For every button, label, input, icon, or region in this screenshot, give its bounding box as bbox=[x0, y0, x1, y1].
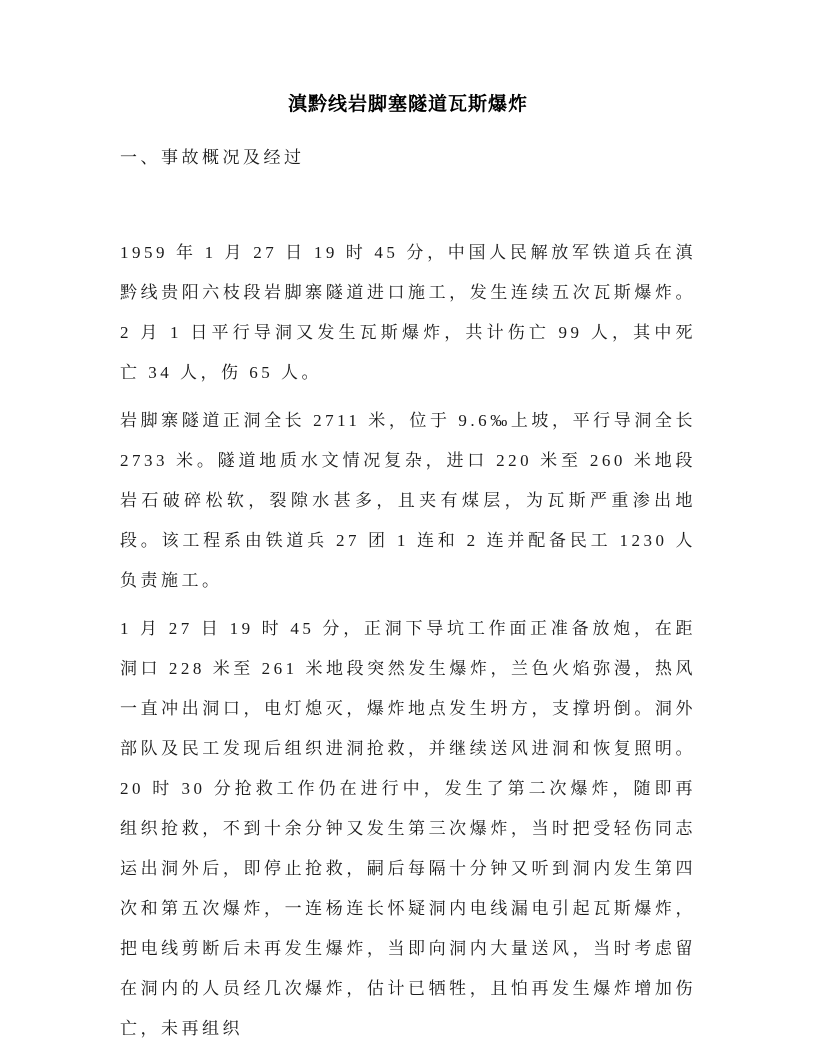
section-heading: 一、事故概况及经过 bbox=[120, 141, 696, 174]
document-title: 滇黔线岩脚塞隧道瓦斯爆炸 bbox=[120, 88, 696, 121]
document-page: 滇黔线岩脚塞隧道瓦斯爆炸 一、事故概况及经过 1959 年 1 月 27 日 1… bbox=[0, 0, 816, 1056]
paragraph-tunnel-details: 岩脚寨隧道正洞全长 2711 米，位于 9.6‰上坡，平行导洞全长 2733 米… bbox=[120, 401, 696, 601]
paragraph-explosion-account: 1 月 27 日 19 时 45 分，正洞下导坑工作面正准备放炮，在距洞口 22… bbox=[120, 609, 696, 1049]
paragraph-accident-overview: 1959 年 1 月 27 日 19 时 45 分，中国人民解放军铁道兵在滇黔线… bbox=[120, 233, 696, 393]
